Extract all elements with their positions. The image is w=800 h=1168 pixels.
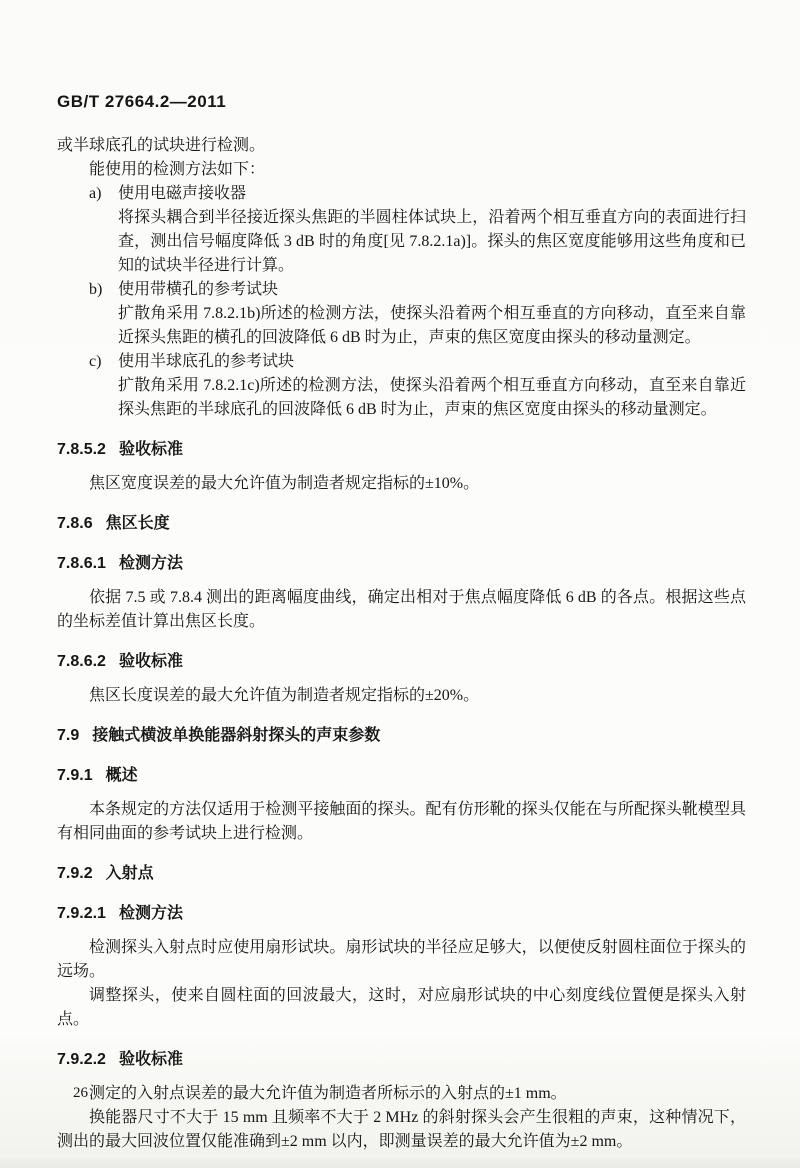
section-paragraph: 调整探头，使来自圆柱面的回波最大，这时，对应扇形试块的中心刻度线位置便是探头入射… — [57, 984, 746, 1032]
section-title: 验收标准 — [119, 650, 183, 674]
section-heading-7-9-2-2: 7.9.2.2 验收标准 — [57, 1048, 746, 1072]
section-number: 7.8.5.2 — [57, 438, 106, 462]
section-title: 概述 — [106, 764, 138, 788]
method-body-b: 扩散角采用 7.8.2.1b)所述的检测方法，使探头沿着两个相互垂直的方向移动，… — [118, 302, 746, 350]
list-marker-a: a) — [89, 182, 118, 206]
section-paragraph: 依据 7.5 或 7.8.4 测出的距离幅度曲线，确定出相对于焦点幅度降低 6 … — [57, 586, 746, 634]
section-heading-7-8-6-2: 7.8.6.2 验收标准 — [57, 650, 746, 674]
section-paragraph: 换能器尺寸不大于 15 mm 且频率不大于 2 MHz 的斜射探头会产生很粗的声… — [57, 1106, 746, 1154]
section-paragraph: 焦区宽度误差的最大允许值为制造者规定指标的±10%。 — [57, 472, 746, 496]
standard-number: GB/T 27664.2—2011 — [57, 92, 746, 112]
section-heading-7-9-2: 7.9.2 入射点 — [57, 862, 746, 886]
page-content: GB/T 27664.2—2011 或半球底孔的试块进行检测。 能使用的检测方法… — [57, 92, 746, 1154]
section-title: 检测方法 — [119, 552, 183, 576]
section-title: 焦区长度 — [106, 512, 170, 536]
section-number: 7.9.2.2 — [57, 1048, 106, 1072]
method-item-a: a) 使用电磁声接收器 将探头耦合到半径接近探头焦距的半圆柱体试块上，沿着两个相… — [57, 182, 746, 278]
section-paragraph: 焦区长度误差的最大允许值为制造者规定指标的±20%。 — [57, 684, 746, 708]
page-number: 26 — [73, 1083, 88, 1103]
section-heading-7-9: 7.9 接触式横波单换能器斜射探头的声束参数 — [57, 724, 746, 748]
continued-paragraph: 或半球底孔的试块进行检测。 — [57, 134, 746, 158]
section-number: 7.9.2 — [57, 862, 93, 886]
section-number: 7.9.2.1 — [57, 902, 106, 926]
method-title-b: 使用带横孔的参考试块 — [118, 278, 746, 302]
section-number: 7.8.6.1 — [57, 552, 106, 576]
method-body-c: 扩散角采用 7.8.2.1c)所述的检测方法，使探头沿着两个相互垂直方向移动，直… — [118, 374, 746, 422]
section-number: 7.9 — [57, 724, 79, 748]
method-title-c: 使用半球底孔的参考试块 — [118, 350, 746, 374]
method-title-a: 使用电磁声接收器 — [118, 182, 746, 206]
section-paragraph: 测定的入射点误差的最大允许值为制造者所标示的入射点的±1 mm。 — [57, 1082, 746, 1106]
section-title: 接触式横波单换能器斜射探头的声束参数 — [92, 724, 380, 748]
section-paragraph: 检测探头入射点时应使用扇形试块。扇形试块的半径应足够大，以便使反射圆柱面位于探头… — [57, 936, 746, 984]
list-marker-c: c) — [89, 350, 118, 374]
section-number: 7.8.6 — [57, 512, 93, 536]
methods-intro: 能使用的检测方法如下： — [57, 158, 746, 182]
section-heading-7-8-6: 7.8.6 焦区长度 — [57, 512, 746, 536]
section-heading-7-9-1: 7.9.1 概述 — [57, 764, 746, 788]
section-title: 验收标准 — [119, 1048, 183, 1072]
section-paragraph: 本条规定的方法仅适用于检测平接触面的探头。配有仿形靴的探头仅能在与所配探头靴模型… — [57, 798, 746, 846]
section-title: 验收标准 — [119, 438, 183, 462]
section-heading-7-9-2-1: 7.9.2.1 检测方法 — [57, 902, 746, 926]
section-number: 7.9.1 — [57, 764, 93, 788]
section-heading-7-8-5-2: 7.8.5.2 验收标准 — [57, 438, 746, 462]
document-page: GB/T 27664.2—2011 或半球底孔的试块进行检测。 能使用的检测方法… — [0, 0, 800, 1168]
section-title: 检测方法 — [119, 902, 183, 926]
method-item-c: c) 使用半球底孔的参考试块 扩散角采用 7.8.2.1c)所述的检测方法，使探… — [57, 350, 746, 422]
section-heading-7-8-6-1: 7.8.6.1 检测方法 — [57, 552, 746, 576]
list-marker-b: b) — [89, 278, 118, 302]
method-item-b: b) 使用带横孔的参考试块 扩散角采用 7.8.2.1b)所述的检测方法，使探头… — [57, 278, 746, 350]
section-number: 7.8.6.2 — [57, 650, 106, 674]
section-title: 入射点 — [106, 862, 154, 886]
method-body-a: 将探头耦合到半径接近探头焦距的半圆柱体试块上，沿着两个相互垂直方向的表面进行扫查… — [118, 206, 746, 278]
